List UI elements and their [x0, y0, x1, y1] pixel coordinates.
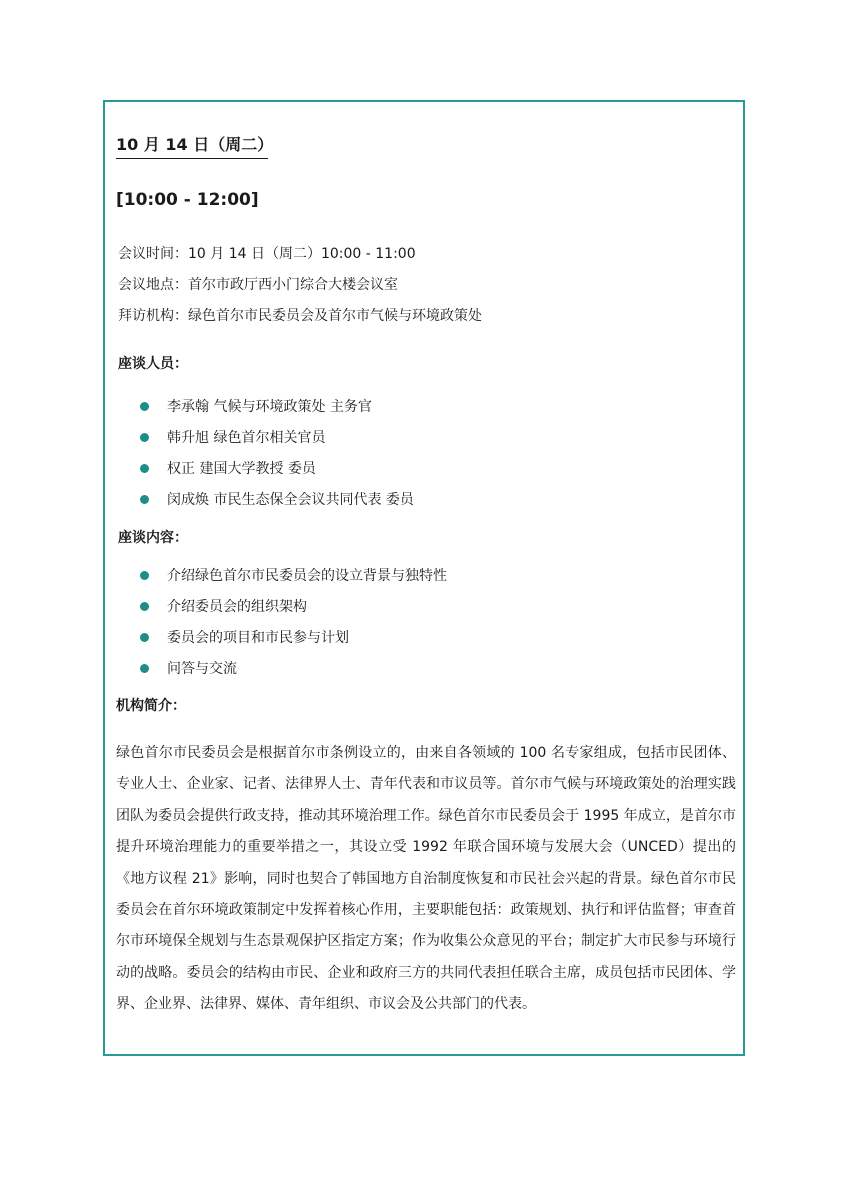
bullet-icon — [140, 664, 149, 673]
participants-heading: 座谈人员： — [118, 353, 188, 373]
bullet-icon — [140, 571, 149, 580]
agenda-item: 介绍绿色首尔市民委员会的设立背景与独特性 — [140, 565, 447, 585]
participant-item: 李承翰 气候与环境政策处 主务官 — [140, 396, 372, 416]
agenda-item: 委员会的项目和市民参与计划 — [140, 627, 349, 647]
bullet-icon — [140, 464, 149, 473]
participant-item: 韩升旭 绿色首尔相关官员 — [140, 427, 325, 447]
bullet-icon — [140, 633, 149, 642]
participant-item: 闵成焕 市民生态保全会议共同代表 委员 — [140, 489, 414, 509]
bullet-icon — [140, 402, 149, 411]
info-label: 会议地点： — [118, 277, 188, 293]
info-label: 会议时间： — [118, 246, 188, 262]
agenda-item: 介绍委员会的组织架构 — [140, 596, 307, 616]
participant-item: 权正 建国大学教授 委员 — [140, 458, 316, 478]
bullet-icon — [140, 433, 149, 442]
agenda-item: 问答与交流 — [140, 658, 237, 678]
info-value: 绿色首尔市民委员会及首尔市气候与环境政策处 — [188, 308, 482, 324]
info-value: 10 月 14 日（周二）10:00 - 11:00 — [188, 246, 416, 262]
intro-heading: 机构简介： — [116, 695, 186, 715]
meeting-location: 会议地点：首尔市政厅西小门综合大楼会议室 — [118, 274, 398, 294]
agenda-heading: 座谈内容： — [118, 527, 188, 547]
info-value: 首尔市政厅西小门综合大楼会议室 — [188, 277, 398, 293]
time-range: [10:00 - 12:00] — [116, 190, 259, 210]
date-title: 10 月 14 日（周二） — [116, 132, 268, 159]
meeting-time: 会议时间：10 月 14 日（周二）10:00 - 11:00 — [118, 243, 416, 263]
intro-paragraph: 绿色首尔市民委员会是根据首尔市条例设立的，由来自各领域的 100 名专家组成，包… — [116, 738, 736, 1021]
bullet-icon — [140, 602, 149, 611]
visiting-organization: 拜访机构：绿色首尔市民委员会及首尔市气候与环境政策处 — [118, 305, 482, 325]
bullet-icon — [140, 495, 149, 504]
info-label: 拜访机构： — [118, 308, 188, 324]
